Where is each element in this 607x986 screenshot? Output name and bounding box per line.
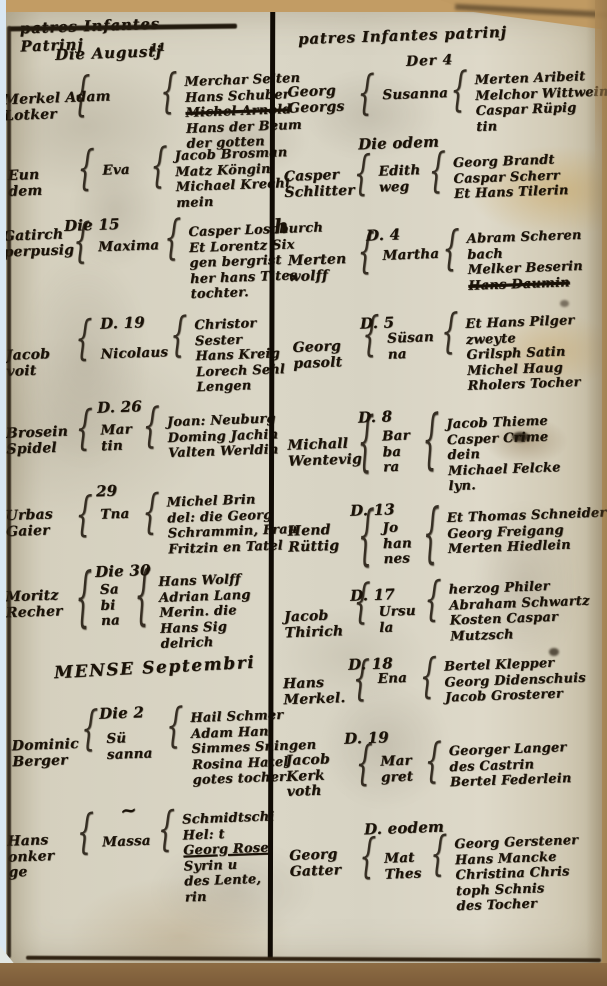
brace-glyph: { xyxy=(73,72,91,119)
infant-name: Mat Thes xyxy=(384,850,423,882)
father-name: Moritz Recher xyxy=(5,588,68,621)
brace-glyph: { xyxy=(429,831,447,878)
godparents: Schmidtschi Hel: t xyxy=(182,809,275,843)
father-name: Merkel Adam Lotker xyxy=(3,91,66,124)
father-name: Michall Wentevig xyxy=(287,437,350,470)
infant-name: Nicolaus xyxy=(100,345,163,363)
brace-glyph: { xyxy=(422,502,439,568)
father-name: Eun dem xyxy=(7,167,70,200)
brace-glyph: { xyxy=(142,403,160,450)
godparents: Georger Langer des Castrin Bertel Federl… xyxy=(449,740,572,791)
register-entry: Jacob voit { Nicolaus { Christor Sester … xyxy=(5,315,286,402)
register-entry: Urbas Gaier { Tna { Michel Brin del: die… xyxy=(5,491,298,563)
godparents: Jacob Thieme Casper Crime dein Michael F… xyxy=(446,413,561,494)
infant-name: Tna xyxy=(100,507,135,524)
infant-name: Ursu la xyxy=(378,604,417,636)
brace-glyph: { xyxy=(359,834,377,881)
register-entry: Brosein Spidel { Mar tin { Joan: Neuburg… xyxy=(5,405,279,467)
brace-glyph: { xyxy=(76,809,94,856)
register-entry: Hans onker ge { Massa { Schmidtschi Hel:… xyxy=(6,809,277,911)
brace-glyph: { xyxy=(165,703,183,750)
father-name: Jacob Thirich xyxy=(284,608,347,641)
brace-glyph: { xyxy=(424,738,442,785)
brace-glyph: { xyxy=(442,226,460,273)
godparents: Hans Wolff Adrian Lang Merin. die Hans S… xyxy=(158,572,252,653)
page-right-shadow xyxy=(586,0,607,986)
infant-name: Sa bi na xyxy=(100,582,128,629)
brace-glyph: { xyxy=(150,143,168,190)
brace-glyph: { xyxy=(357,410,374,476)
register-entry: Georg Georgs { Susanna { Merten Aribeit … xyxy=(287,68,607,141)
godparents: Et Thomas Schneider Georg Freigang Merte… xyxy=(447,505,607,557)
register-entry: Moritz Recher { Sa bi na { Hans Wolff Ad… xyxy=(5,570,253,658)
brace-glyph: { xyxy=(352,656,370,703)
page-left-edge-line xyxy=(7,26,11,958)
brace-glyph: { xyxy=(75,566,92,632)
father-name: Merten wolff xyxy=(288,252,351,285)
father-name: Dominic Berger xyxy=(12,737,75,770)
brace-glyph: { xyxy=(450,67,468,114)
father-name: Hans onker ge xyxy=(7,833,71,882)
father-name: Casper Schlitter xyxy=(284,168,347,201)
godparents: Georg Brandt Caspar Scherr Et Hans Tiler… xyxy=(453,152,569,202)
brace-glyph: { xyxy=(75,405,93,452)
register-entry: Jacob Thirich { Ursu la { herzog Philer … xyxy=(283,578,591,651)
infant-name: Mar gret xyxy=(380,753,417,785)
brace-glyph: { xyxy=(419,653,437,700)
brace-glyph: { xyxy=(73,218,91,265)
father-name: Urbas Gaier xyxy=(5,507,68,540)
stray-pen-mark: h xyxy=(273,214,289,239)
father-name: Jacob Kerk voth xyxy=(285,752,349,801)
infant-name: Eva xyxy=(102,162,143,179)
father-name: Jacob voit xyxy=(6,347,69,380)
manuscript-photo: patres Infantes Patrinj Die Augustj 11 M… xyxy=(0,0,607,986)
brace-glyph: { xyxy=(75,492,93,539)
brace-glyph: { xyxy=(142,489,160,536)
father-name: Hans Merkel. xyxy=(283,675,346,708)
infant-name: Bar ba ra xyxy=(382,428,416,476)
month-header-august: Die Augustj xyxy=(55,42,163,64)
brace-glyph: { xyxy=(440,309,458,356)
godparents: Syrin u des Lente, rin xyxy=(183,856,277,906)
infant-name: Susanna xyxy=(382,86,443,104)
infant-name: Maxima xyxy=(98,238,157,256)
godparents: Bertel Klepper Georg Didenschuis Jacob G… xyxy=(444,655,587,706)
infant-name: Mar tin xyxy=(100,422,135,454)
brace-glyph: { xyxy=(169,312,187,359)
godparents: herzog Philer Abraham Schwartz Kosten Ca… xyxy=(448,578,591,645)
godparents: Merchar Selten Hans Schuber xyxy=(184,71,301,106)
godparents: Georg Gerstener Hans Mancke Christina Ch… xyxy=(454,833,581,915)
book-cover-bottom-edge xyxy=(0,963,607,986)
brace-glyph: { xyxy=(362,312,380,359)
father-name: Gatirch perpusig xyxy=(3,227,66,260)
godparents: Abram Scheren bach Melker Beserin xyxy=(466,228,583,278)
brace-glyph: { xyxy=(358,504,375,570)
ink-blot xyxy=(560,300,569,307)
register-entry: Jacob Kerk voth { Mar gret { Georger Lan… xyxy=(285,740,572,800)
brace-glyph: { xyxy=(157,806,175,853)
infant-name: Jo han nes xyxy=(382,520,416,568)
register-entry: Merten wolff { Martha { Abram Scheren ba… xyxy=(287,228,584,300)
brace-glyph: { xyxy=(355,741,373,788)
brace-glyph: { xyxy=(159,69,177,116)
register-entry: Eun dem { Eva { Jacob Brosman Matz Köngi… xyxy=(7,145,292,217)
register-entry: Michall Wentevig { Bar ba ra { Jacob Thi… xyxy=(287,413,562,500)
register-entry: Georg Gatter { Mat Thes { Georg Gerstene… xyxy=(289,833,581,921)
brace-glyph: { xyxy=(163,215,181,262)
father-name: Georg pasolt xyxy=(292,339,355,372)
infant-name: Süsan na xyxy=(387,330,434,363)
brace-glyph: { xyxy=(75,315,93,362)
photo-background-strip xyxy=(0,0,6,986)
register-entry: Hend Rüttig { Jo han nes { Et Thomas Sch… xyxy=(287,505,607,571)
august-day-number: 11 xyxy=(150,40,167,54)
infant-name: Sü sanna xyxy=(106,730,159,763)
father-name: Georg Gatter xyxy=(289,847,352,880)
godparents: Joan: Neuburg Doming Jachin Valten Werld… xyxy=(167,411,279,461)
godparents: Michel Brin del: die Georg Schrammin, Fr… xyxy=(166,491,298,557)
father-name: Brosein Spidel xyxy=(6,425,69,458)
father-name: Georg Georgs xyxy=(287,83,350,116)
godparents: Et Hans Pilger zweyte Grilsph Satin Mich… xyxy=(465,313,581,394)
register-entry: Casper Schlitter { Edith weg { Georg Bra… xyxy=(283,150,569,208)
infant-name: Ena xyxy=(377,671,412,688)
brace-glyph: { xyxy=(428,148,446,195)
brace-glyph: { xyxy=(134,564,151,630)
right-column-subheader: Der 4 xyxy=(406,52,454,70)
brace-glyph: { xyxy=(357,229,375,276)
brace-glyph: { xyxy=(422,408,439,474)
brace-glyph: { xyxy=(357,70,375,117)
brace-glyph: { xyxy=(77,145,95,192)
brace-glyph: { xyxy=(353,150,371,197)
father-name: Hend Rüttig xyxy=(287,522,350,555)
register-entry: Georg pasolt { Süsan na { Et Hans Pilger… xyxy=(292,311,581,400)
brace-glyph: { xyxy=(81,706,99,753)
infant-name: Edith weg xyxy=(378,163,421,195)
infant-name: Massa xyxy=(102,834,151,851)
brace-glyph: { xyxy=(424,576,442,623)
brace-glyph: { xyxy=(353,579,371,626)
infant-name: Martha xyxy=(382,247,435,264)
